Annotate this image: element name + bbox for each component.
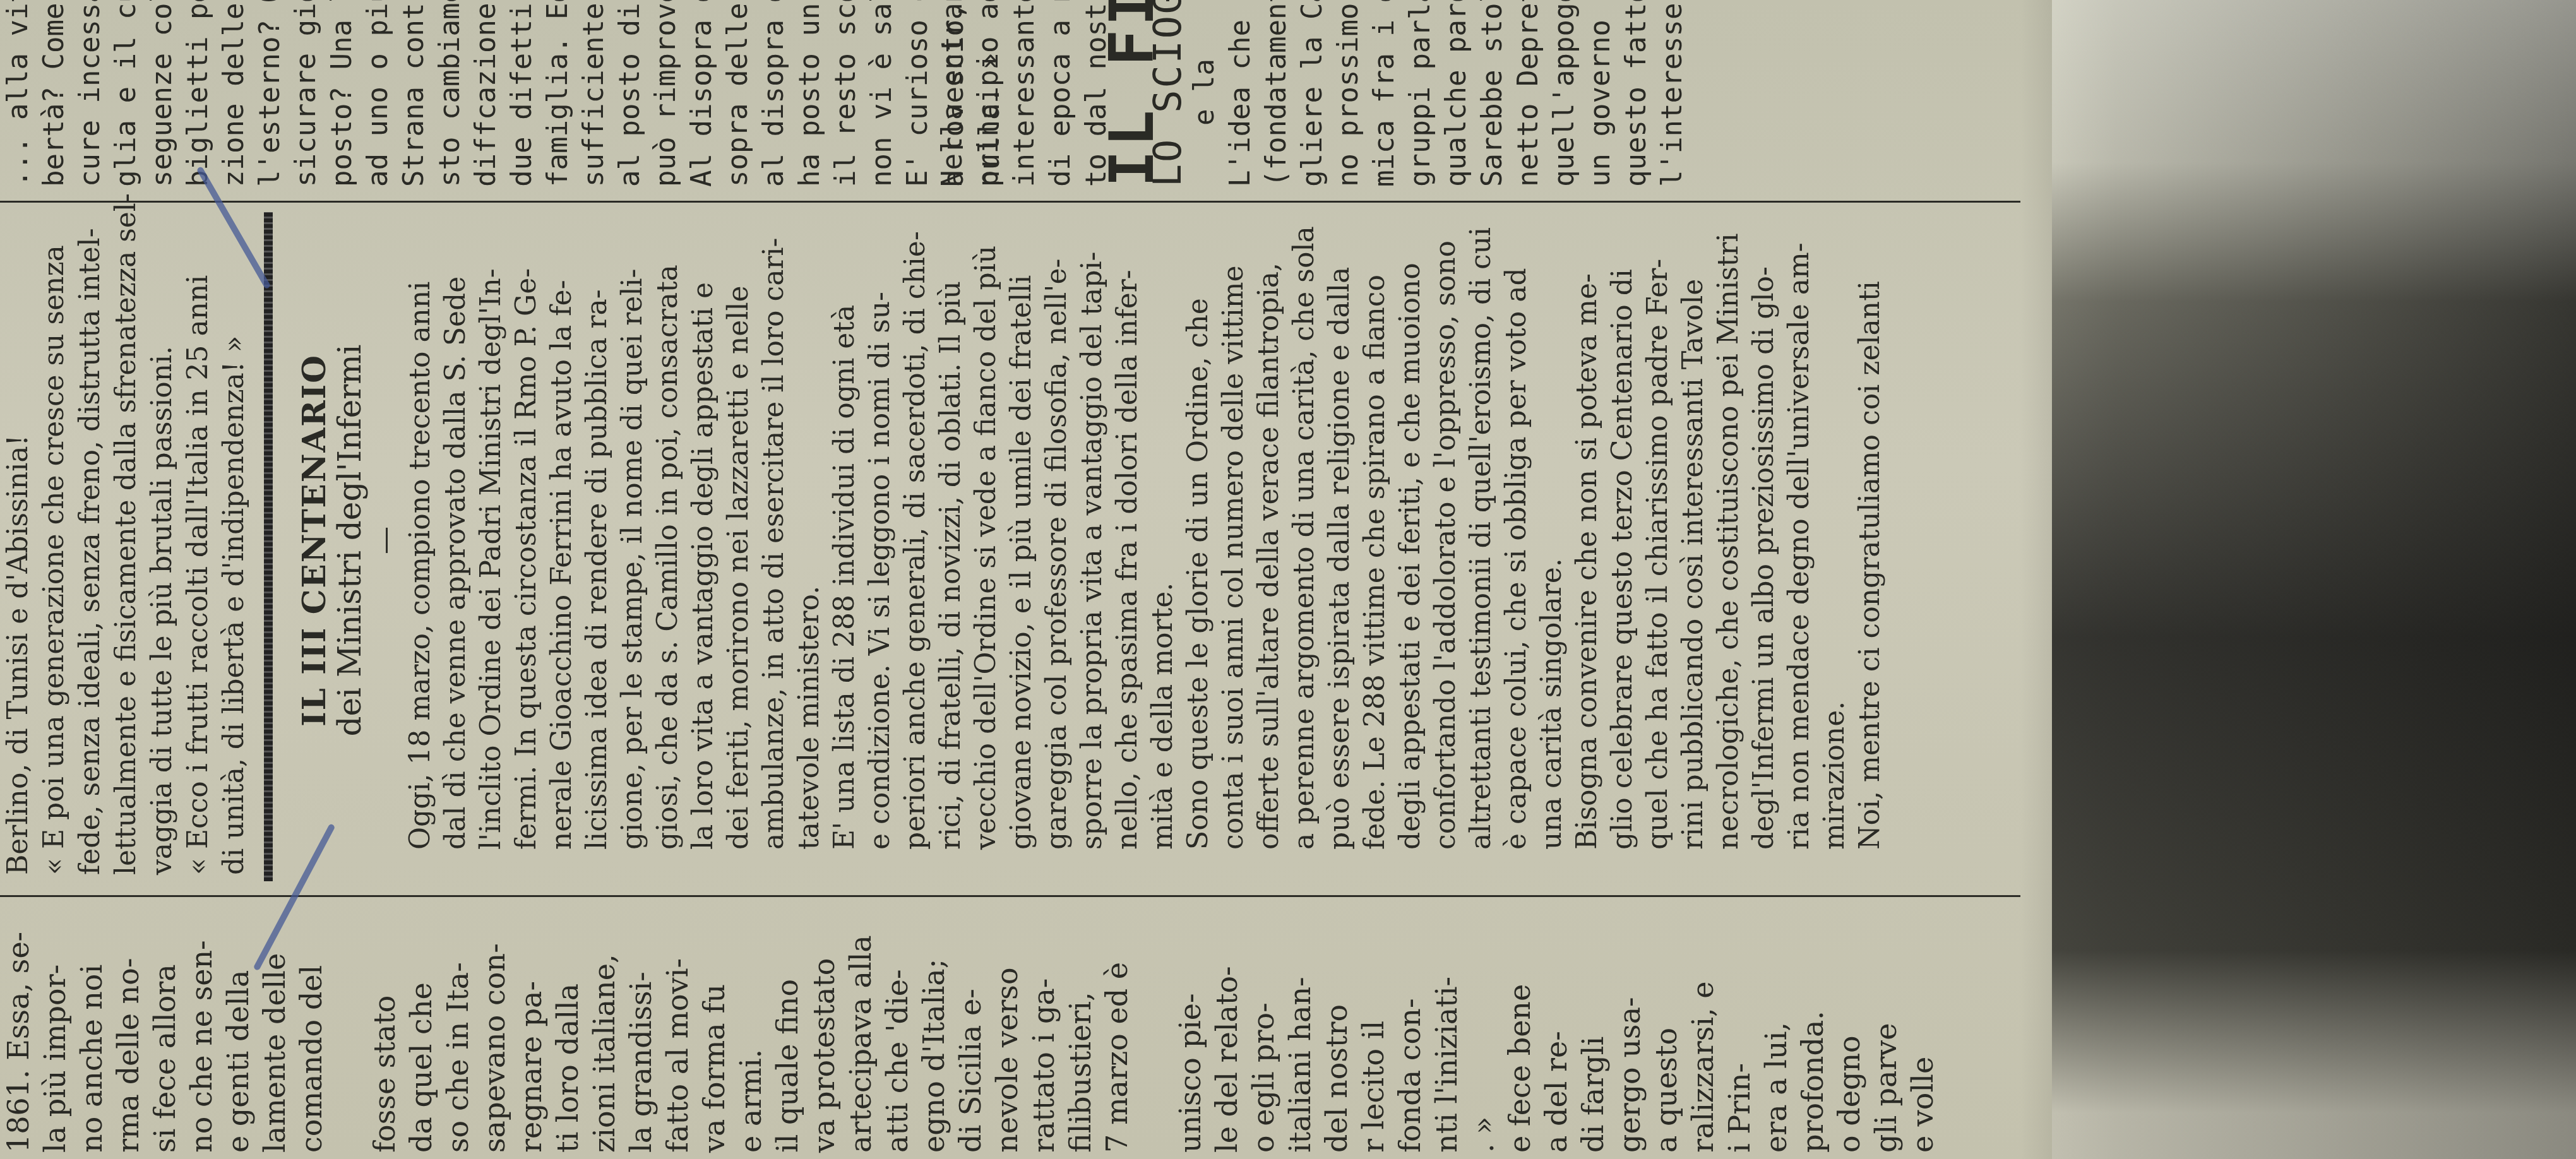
text-line: ha posto un principio a [792,0,828,187]
text-line: 7 marzo ed è [1099,913,1135,1153]
text-line: artecipava alla [842,913,879,1153]
text-line: una carità singolare. [1534,206,1570,875]
text-line: Bisogna convenire che non si poteva me- [1570,206,1605,875]
text-line: fosse stato [366,913,403,1153]
text-line: so che in Ita- [439,913,476,1153]
upper-column-fragment: ... alla vita dibertà? Come si possono c… [0,0,1008,187]
text-line: i Prin- [1721,913,1758,1153]
text-line: degli appestati e dei feriti, e che muoi… [1393,206,1428,875]
text-line: si fece allora [146,913,183,1153]
text-line: degl'Infermi un albo preziosissimo di gl… [1746,206,1782,875]
text-line: diffcazione del personale [468,0,504,187]
text-line: seguenze colla libertà di [144,0,180,187]
text-line: e condizione. Vi si leggono i nomi di su… [862,206,898,875]
section-title: LO SCIOGLIMEN [1150,0,1186,187]
text-line: ambulanze, in atto di esercitare il loro… [756,206,792,875]
text-line: dei feriti, morirono nei lazzaretti e ne… [721,206,756,875]
text-line: giosi, che da s. Camillo in poi, consacr… [650,206,686,875]
text-line: nti l'iniziati- [1428,913,1465,1153]
text-line: biglietti per gli spettacol [180,0,216,187]
text-line: può essere ispirata dalla religione e da… [1322,206,1357,875]
text-line: da quel che [403,913,439,1153]
article-title: IL III CENTENARIO [297,206,332,875]
text-line: va protestato [806,913,842,1153]
text-line: Sarebbe stol [1474,0,1510,187]
article-paragraph: Noi, mentre ci congratuliamo coi zelanti [1852,206,1888,875]
text-line: egno d'Italia; [915,913,952,1153]
text-line: l'inclito Ordine dei Padri Ministri degl… [474,206,509,875]
text-line: no prossimo, ha [1330,0,1366,187]
text-line: quell'appoggio [1546,0,1582,187]
text-line: ralizzarsi, e [1685,913,1721,1153]
text-line: gliere la Camera [1294,0,1330,187]
quote-block: Berlino, di Tunisi e d'Abissinia!« E poi… [0,218,252,875]
text-line: zioni italiane, [586,913,623,1153]
text-line: ria non mendace degno dell'universale am… [1782,206,1817,875]
text-line: l'interesse de [1654,0,1690,187]
text-line: un governo r [1582,0,1618,187]
text-line: tatevole ministero. [792,206,827,875]
text-line: Noi, mentre ci congratuliamo coi zelanti [1852,206,1888,875]
text-line: giovane novizio, e il più umile dei frat… [1004,206,1039,875]
text-line: nerale Gioacchino Ferrini ha avuto la fe… [544,206,580,875]
text-line: altrettanti testimonii di quell'eroismo,… [1464,206,1499,875]
article-body: Oggi, 18 marzo, compiono trecento annida… [403,206,1888,875]
text-line: quel che ha fatto il chiarissimo padre F… [1640,206,1676,875]
text-line: Nella entrante [934,0,970,187]
text-line: le del relato- [1208,913,1245,1153]
text-line: gione, per le stampe, il nome di quei re… [615,206,650,875]
text-line: glia e il cui minimo oblio [108,0,144,187]
text-line: vaggia di tutte le più brutali passioni. [144,218,180,875]
text-line: gruppi parlame [1402,0,1438,187]
text-line: al disopra dell'umanità [756,0,792,187]
text-line: può rimproverare altro [648,0,684,187]
text-line: rma delle no- [110,913,146,1153]
text-line: interessante del [1006,0,1042,187]
text-line: l'esterno? Quale è quel d [252,0,288,187]
text-line: E' curioso constatare [900,0,936,187]
column-rule [0,895,2020,897]
text-line: lettualmente e fisicamente dalla sfrenat… [108,218,144,875]
ornamental-rule [264,212,273,881]
text-line: fonda con- [1392,913,1428,1153]
text-line: cure incessanti proprie di [72,0,108,187]
text-line: profonda. [1794,913,1831,1153]
text-line: e genti della [220,913,256,1153]
text-line: licissima idea di rendere di pubblica ra… [580,206,615,875]
text-line: « Ecco i frutti raccolti dall'Italia in … [180,218,216,875]
text-line [1135,913,1172,1153]
text-line: la più impor- [37,913,73,1153]
text-line: sufficiente che viene ora [576,0,612,187]
column-rule [0,201,2020,203]
text-line: era a lui, [1758,913,1794,1153]
text-line: di epoca a noi [1042,0,1078,187]
text-line: o degno [1831,913,1868,1153]
text-line: filibustieri, [1062,913,1099,1153]
text-line: questo fatto [1618,0,1654,187]
text-line: Oggi, 18 marzo, compiono trecento anni [403,206,438,875]
text-line: o egli pro- [1245,913,1282,1153]
text-line: no anche noi [73,913,110,1153]
text-line: di unità, di libertà e d'indipendenza! » [216,218,252,875]
text-line: L'idea che si [1222,0,1258,187]
text-line: rici, di fratelli, di novizzi, di oblati… [933,206,969,875]
text-line: netto Depretis [1510,0,1546,187]
text-line: italiani han- [1282,913,1318,1153]
text-line: a perenne argomento di una carità, che s… [1287,206,1322,875]
text-line: « E poi una generazione che cresce su se… [36,218,72,875]
text-line: mità e della morte. [1145,206,1181,875]
text-line: gergo usa- [1611,913,1648,1153]
text-line: al posto di eccellenti gi [612,0,648,187]
text-line: unisco pie- [1172,913,1208,1153]
text-line: fermi. In questa circostanza il Rmo P. G… [509,206,544,875]
text-line: qualche parola [1438,0,1474,187]
text-line: rini pubblicando così interessanti Tavol… [1676,206,1711,875]
newspaper-page: 1861. Essa, se-la più impor-no anche noi… [0,0,2020,1159]
text-line: sopra delle cure amoros [720,0,756,187]
article-column: IL III CENTENARIO dei Ministri degl'Infe… [297,206,1888,875]
text-line: non vi è salute. » [864,0,900,187]
text-line: di fargli [1575,913,1611,1153]
text-line: confortando l'addolorato e l'oppresso, s… [1428,206,1464,875]
article-paragraph: Sono queste le glorie di un Ordine, chec… [1181,206,1570,875]
text-line: nevole verso [989,913,1025,1153]
text-line: (fondatamente o [1258,0,1294,187]
text-line: . » [1465,913,1501,1153]
text-line: bertà? Come si possono co- [36,0,72,187]
text-line: comando del [293,913,330,1153]
text-line: posto? Una lacuna nella [324,0,360,187]
text-line: il quale fino [769,913,806,1153]
text-line: Strana contraddizione! [396,0,432,187]
text-line: rattato i ga- [1025,913,1062,1153]
text-line: famiglia. Ed è questo [540,0,576,187]
text-line: il resto scompare: « f [828,0,864,187]
text-line: del nostro [1318,913,1355,1153]
text-line: è capace colui, che si obbliga per voto … [1499,206,1534,875]
text-line: E' una lista di 288 individui di ogni et… [827,206,862,875]
text-line: Al disopra dei fanciu [684,0,720,187]
text-line: due difetti: la giovinezz [504,0,540,187]
text-line: glio celebrare questo terzo Centenario d… [1605,206,1640,875]
text-line: periori anche generali, di sacerdoti, di… [898,206,933,875]
page-edge-shadow [2052,0,2576,1159]
text-line: Berlino, di Tunisi e d'Abissinia! [0,218,36,875]
text-line: ad uno o più infanticidi. [360,0,396,187]
text-line: no che ne sen- [183,913,220,1153]
text-line: offerte sull'altare della verace filantr… [1251,206,1287,875]
text-line: r lecito il [1355,913,1392,1153]
text-line: fatto al movi- [659,913,696,1153]
text-line: sicurare giorno e notte c [288,0,324,187]
text-line: lamente delle [256,913,293,1153]
text-line: sapevano con- [476,913,513,1153]
text-line: ... alla vita di [0,0,36,187]
text-line: vecchio dell'Ordine si vede a fianco del… [969,206,1004,875]
text-line: dal dì che venne approvato dalla S. Sede [438,206,474,875]
text-line: gli parve [1868,913,1904,1153]
right-upper-column: Nella entranteprincipio ad uninteressant… [934,0,1690,187]
article-paragraph: Oggi, 18 marzo, compiono trecento annida… [403,206,827,875]
section-subtitle: e la [1186,0,1222,187]
article-separator: — [367,206,403,875]
text-line: a questo [1648,913,1685,1153]
text-line: principio ad un [970,0,1006,187]
text-line: 1861. Essa, se- [0,913,37,1153]
text-line: nello, che spasima fra i dolori della in… [1110,206,1145,875]
article-paragraph: E' una lista di 288 individui di ogni et… [827,206,1181,875]
text-line: di Sicilia e- [952,913,989,1153]
article-subtitle: dei Ministri degl'Infermi [332,206,367,875]
text-line: e fece bene [1501,913,1538,1153]
text-line: conta i suoi anni col numero delle vitti… [1216,206,1251,875]
article-paragraph: Bisogna convenire che non si poteva me-g… [1570,206,1852,875]
text-line: necrologiche, che costituiscono pei Mini… [1711,206,1746,875]
text-line: sto cambiamento il cons [432,0,468,187]
text-line: mica fra i giorn [1366,0,1402,187]
text-line: ti loro dalla [549,913,586,1153]
text-line: va forma fu [696,913,732,1153]
text-line: e armi. [732,913,769,1153]
text-line: Sono queste le glorie di un Ordine, che [1181,206,1216,875]
text-line: mirazione. [1817,206,1852,875]
headline: IL FIGLI [1114,0,1150,187]
text-line: sporre la propria vita a vantaggio del t… [1075,206,1110,875]
text-line: a del re- [1538,913,1575,1153]
text-line: regnare pa- [513,913,549,1153]
text-line: fede, senza ideali, senza freno, distrut… [72,218,108,875]
text-line: la grandissi- [623,913,659,1153]
text-line [330,913,366,1153]
text-line: fede. Le 288 vittime che spirano a fianc… [1357,206,1393,875]
left-fragment-column: 1861. Essa, se-la più impor-no anche noi… [0,913,1941,1153]
text-line: atti che 'die- [879,913,915,1153]
text-line: e volle [1904,913,1941,1153]
text-line: gareggia col professore di filosofia, ne… [1039,206,1075,875]
text-line: la loro vita a vantaggio degli appestati… [686,206,721,875]
text-line: zione delle sorveglianti n [216,0,252,187]
